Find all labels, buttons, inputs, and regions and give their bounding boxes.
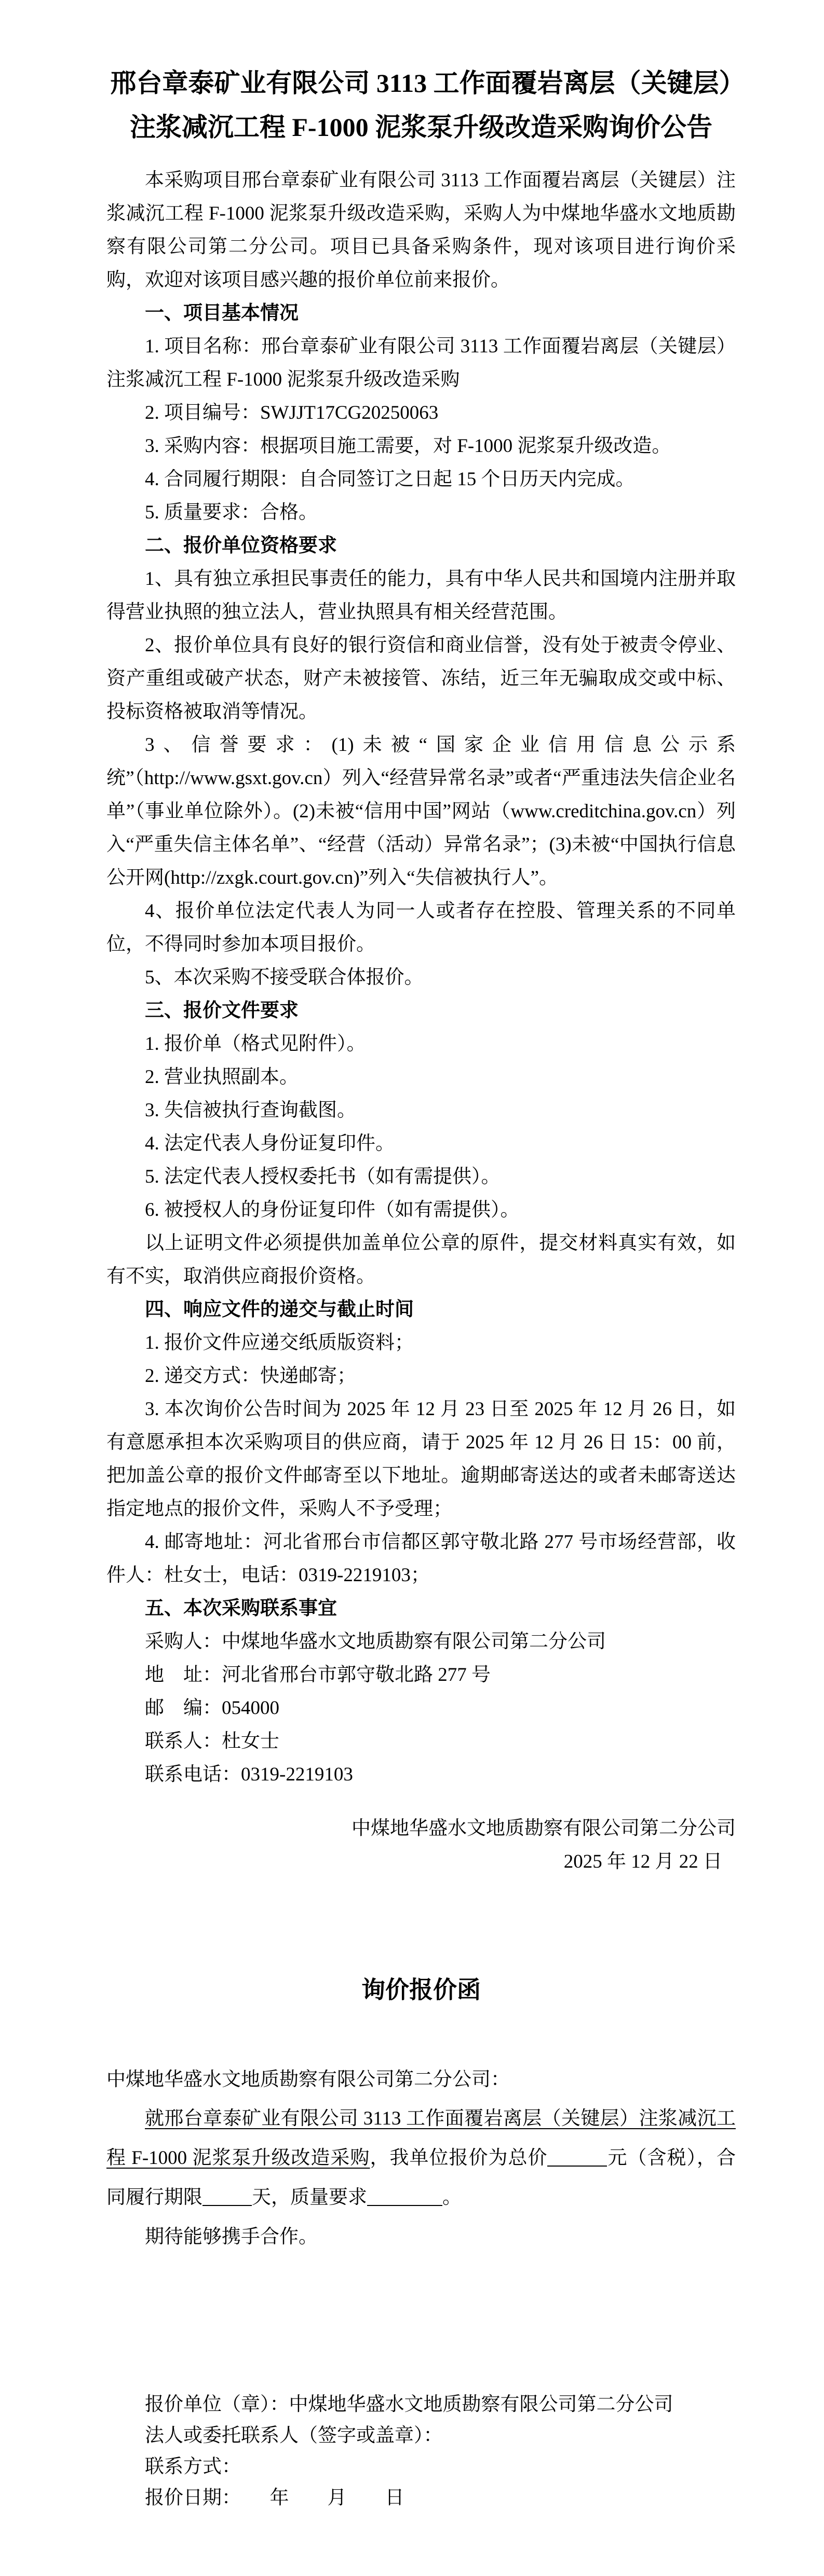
section-2: 二、报价单位资格要求 1、具有独立承担民事责任的能力，具有中华人民共和国境内注册… [106, 529, 736, 994]
section1-item4: 4. 合同履行期限：自合同签订之日起 15 个日历天内完成。 [106, 463, 736, 496]
intro-paragraph: 本采购项目邢台章泰矿业有限公司 3113 工作面覆岩离层（关键层）注浆减沉工程 … [106, 164, 736, 297]
letter-title: 询价报价函 [106, 1969, 736, 2011]
letter-text-3: 天，质量要求 [252, 2187, 367, 2208]
section5-postcode: 邮 编：054000 [106, 1692, 736, 1725]
signature-company: 中煤地华盛水文地质勘察有限公司第二分公司 [106, 1812, 736, 1845]
section1-item1: 1. 项目名称：邢台章泰矿业有限公司 3113 工作面覆岩离层（关键层）注浆减沉… [106, 330, 736, 396]
section5-heading: 五、本次采购联系事宜 [106, 1592, 736, 1625]
letter-body-block: 中煤地华盛水文地质勘察有限公司第二分公司： 就邢台章泰矿业有限公司 3113 工… [106, 2060, 736, 2257]
section-5: 五、本次采购联系事宜 采购人：中煤地华盛水文地质勘察有限公司第二分公司 地 址：… [106, 1592, 736, 1791]
section1-item2: 2. 项目编号：SWJJT17CG20250063 [106, 396, 736, 430]
letter-date-line: 报价日期： 年 月 日 [106, 2483, 736, 2514]
section1-item3: 3. 采购内容：根据项目施工需要，对 F-1000 泥浆泵升级改造。 [106, 430, 736, 463]
section-1: 一、项目基本情况 1. 项目名称：邢台章泰矿业有限公司 3113 工作面覆岩离层… [106, 297, 736, 529]
section-3: 三、报价文件要求 1. 报价单（格式见附件）。 2. 营业执照副本。 3. 失信… [106, 994, 736, 1293]
days-blank [202, 2186, 252, 2205]
section5-phone: 联系电话：0319-2219103 [106, 1758, 736, 1791]
section4-item2: 2. 递交方式：快递邮寄； [106, 1360, 736, 1393]
letter-text-end: 。 [442, 2187, 462, 2208]
section5-address: 地 址：河北省邢台市郭守敬北路 277 号 [106, 1659, 736, 1692]
signature-block: 中煤地华盛水文地质勘察有限公司第二分公司 2025 年 12 月 22 日 [106, 1812, 736, 1879]
section4-heading: 四、响应文件的递交与截止时间 [106, 1293, 736, 1326]
section2-item3: 3、信誉要求：(1)未被“国家企业信用信息公示系统”（http://www.gs… [106, 729, 736, 895]
section3-item3: 3. 失信被执行查询截图。 [106, 1094, 736, 1127]
section2-heading: 二、报价单位资格要求 [106, 529, 736, 563]
section1-item5: 5. 质量要求：合格。 [106, 496, 736, 529]
section5-contact: 联系人：杜女士 [106, 1725, 736, 1758]
document-page: 邢台章泰矿业有限公司 3113 工作面覆岩离层（关键层）注浆减沉工程 F-100… [0, 0, 824, 2576]
section3-item1: 1. 报价单（格式见附件）。 [106, 1027, 736, 1061]
section4-item1: 1. 报价文件应递交纸质版资料； [106, 1326, 736, 1360]
price-blank [547, 2147, 607, 2167]
letter-unit-line: 报价单位（章）：中煤地华盛水文地质勘察有限公司第二分公司 [106, 2389, 736, 2420]
letter-legal-line: 法人或委托联系人（签字或盖章）： [106, 2420, 736, 2451]
signature-date: 2025 年 12 月 22 日 [106, 1845, 736, 1879]
letter-contact-line: 联系方式： [106, 2451, 736, 2483]
section4-item3: 3. 本次询价公告时间为 2025 年 12 月 23 日至 2025 年 12… [106, 1393, 736, 1526]
quality-blank [367, 2186, 442, 2205]
section3-heading: 三、报价文件要求 [106, 994, 736, 1027]
section3-note: 以上证明文件必须提供加盖单位公章的原件，提交材料真实有效，如有不实，取消供应商报… [106, 1227, 736, 1293]
section1-heading: 一、项目基本情况 [106, 297, 736, 330]
section3-item6: 6. 被授权人的身份证复印件（如有需提供）。 [106, 1194, 736, 1227]
section4-item4: 4. 邮寄地址：河北省邢台市信都区郭守敬北路 277 号市场经营部，收件人：杜女… [106, 1526, 736, 1592]
section5-buyer: 采购人：中煤地华盛水文地质勘察有限公司第二分公司 [106, 1625, 736, 1659]
letter-body: 就邢台章泰矿业有限公司 3113 工作面覆岩离层（关键层）注浆减沉工程 F-10… [106, 2099, 736, 2217]
section2-item5: 5、本次采购不接受联合体报价。 [106, 961, 736, 994]
section3-item2: 2. 营业执照副本。 [106, 1061, 736, 1094]
section3-item5: 5. 法定代表人授权委托书（如有需提供）。 [106, 1160, 736, 1194]
section2-item2: 2、报价单位具有良好的银行资信和商业信誉，没有处于被责令停业、资产重组或破产状态… [106, 629, 736, 729]
section3-item4: 4. 法定代表人身份证复印件。 [106, 1127, 736, 1160]
section2-item4: 4、报价单位法定代表人为同一人或者存在控股、管理关系的不同单位，不得同时参加本项… [106, 895, 736, 961]
letter-text-1: ，我单位报价为总价 [370, 2147, 547, 2169]
letter-sign-block: 报价单位（章）：中煤地华盛水文地质勘察有限公司第二分公司 法人或委托联系人（签字… [106, 2389, 736, 2514]
letter-hope: 期待能够携手合作。 [106, 2217, 736, 2257]
doc-title: 邢台章泰矿业有限公司 3113 工作面覆岩离层（关键层）注浆减沉工程 F-100… [106, 61, 736, 149]
section2-item1: 1、具有独立承担民事责任的能力，具有中华人民共和国境内注册并取得营业执照的独立法… [106, 563, 736, 629]
section-4: 四、响应文件的递交与截止时间 1. 报价文件应递交纸质版资料； 2. 递交方式：… [106, 1293, 736, 1592]
letter-salutation: 中煤地华盛水文地质勘察有限公司第二分公司： [106, 2060, 736, 2100]
